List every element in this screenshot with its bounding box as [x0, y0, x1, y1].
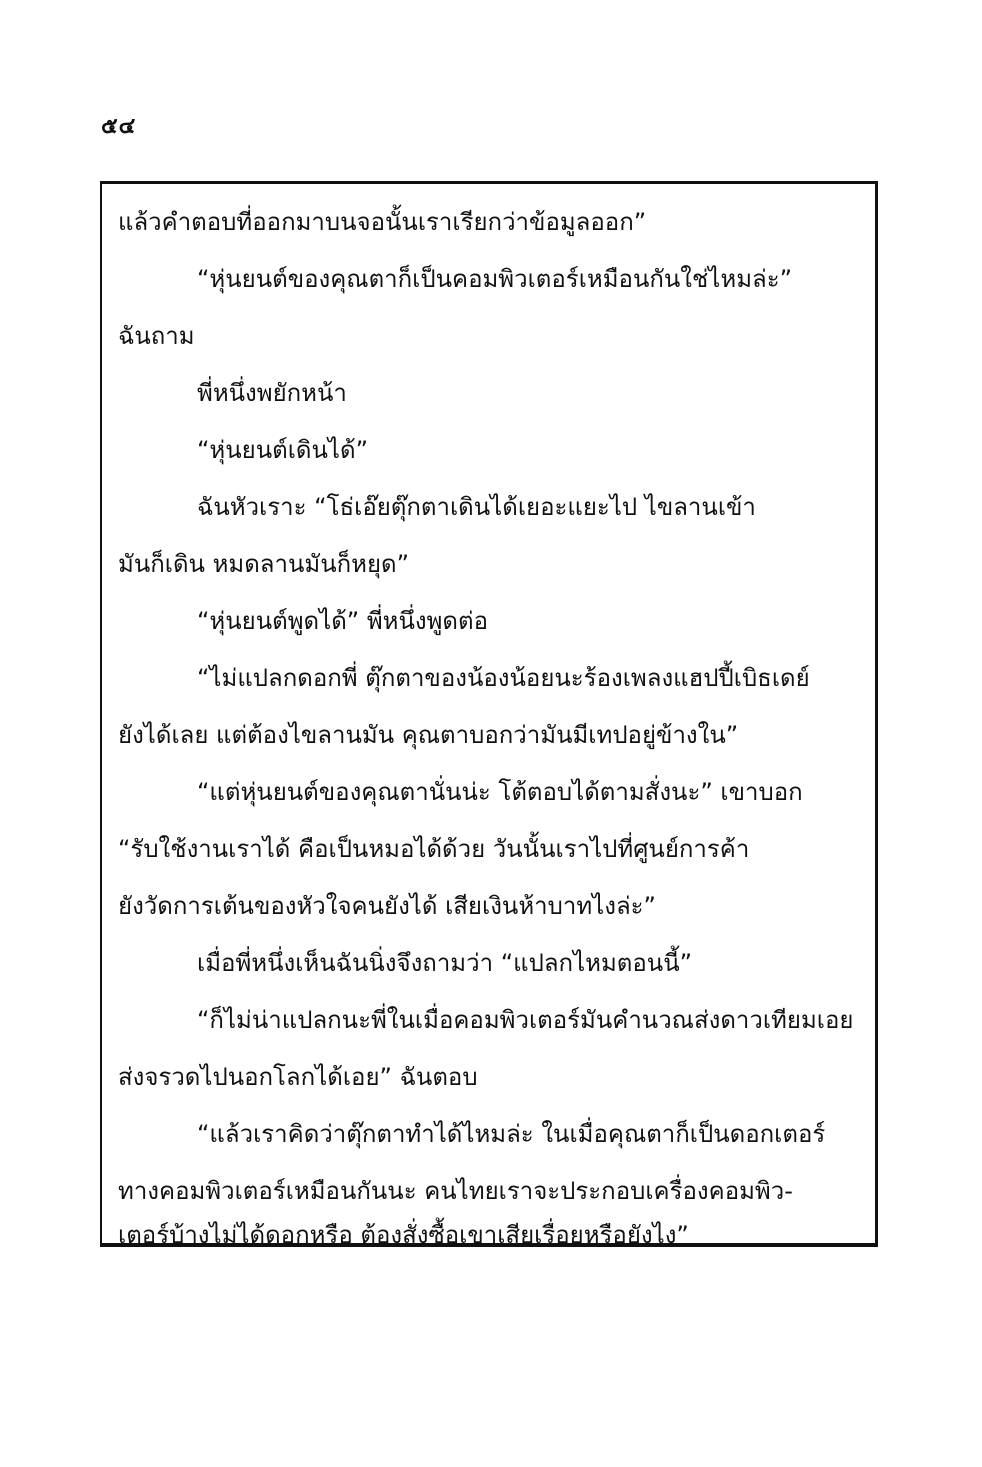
text-line: “ไม่แปลกดอกพี่ ตุ๊กตาของน้องน้อยนะร้องเพ…	[197, 662, 810, 694]
text-line: แล้วคำตอบที่ออกมาบนจอนั้นเราเรียกว่าข้อม…	[118, 206, 646, 238]
text-line: ยังได้เลย แต่ต้องไขลานมัน คุณตาบอกว่ามัน…	[118, 719, 738, 751]
text-line: “หุ่นยนต์พูดได้” พี่หนึ่งพูดต่อ	[197, 605, 488, 637]
text-line: ส่งจรวดไปนอกโลกได้เอย” ฉันตอบ	[118, 1061, 478, 1093]
text-line: ฉันหัวเราะ “โธ่เอ๊ยตุ๊กตาเดินได้เยอะแยะไ…	[197, 491, 756, 523]
text-line: “แล้วเราคิดว่าตุ๊กตาทำได้ไหมล่ะ ในเมื่อค…	[197, 1118, 825, 1150]
text-line: ยังวัดการเต้นของหัวใจคนยังได้ เสียเงินห้…	[118, 890, 656, 922]
text-line: ทางคอมพิวเตอร์เหมือนกันนะ คนไทยเราจะประก…	[118, 1175, 793, 1207]
text-line: “แต่หุ่นยนต์ของคุณตานั่นน่ะ โต้ตอบได้ตาม…	[197, 776, 803, 808]
text-line: ฉันถาม	[118, 320, 195, 352]
text-line: “ก็ไม่น่าแปลกนะพี่ในเมื่อคอมพิวเตอร์มันค…	[197, 1004, 853, 1036]
text-line: เมื่อพี่หนึ่งเห็นฉันนิ่งจึงถามว่า “แปลกไ…	[197, 947, 692, 979]
text-line: มันก็เดิน หมดลานมันก็หยุด”	[118, 548, 409, 580]
text-line: “หุ่นยนต์ของคุณตาก็เป็นคอมพิวเตอร์เหมือน…	[197, 263, 792, 295]
text-line: “รับใช้งานเราได้ คือเป็นหมอได้ด้วย วันนั…	[118, 833, 749, 865]
page-number: ๕๔	[101, 108, 136, 143]
text-line: เตอร์บ้างไม่ได้ดอกหรือ ต้องสั่งซื้อเขาเส…	[118, 1219, 689, 1251]
text-box: แล้วคำตอบที่ออกมาบนจอนั้นเราเรียกว่าข้อม…	[100, 181, 878, 1247]
text-line: “หุ่นยนต์เดินได้”	[197, 434, 368, 466]
text-line: พี่หนึ่งพยักหน้า	[197, 377, 347, 409]
